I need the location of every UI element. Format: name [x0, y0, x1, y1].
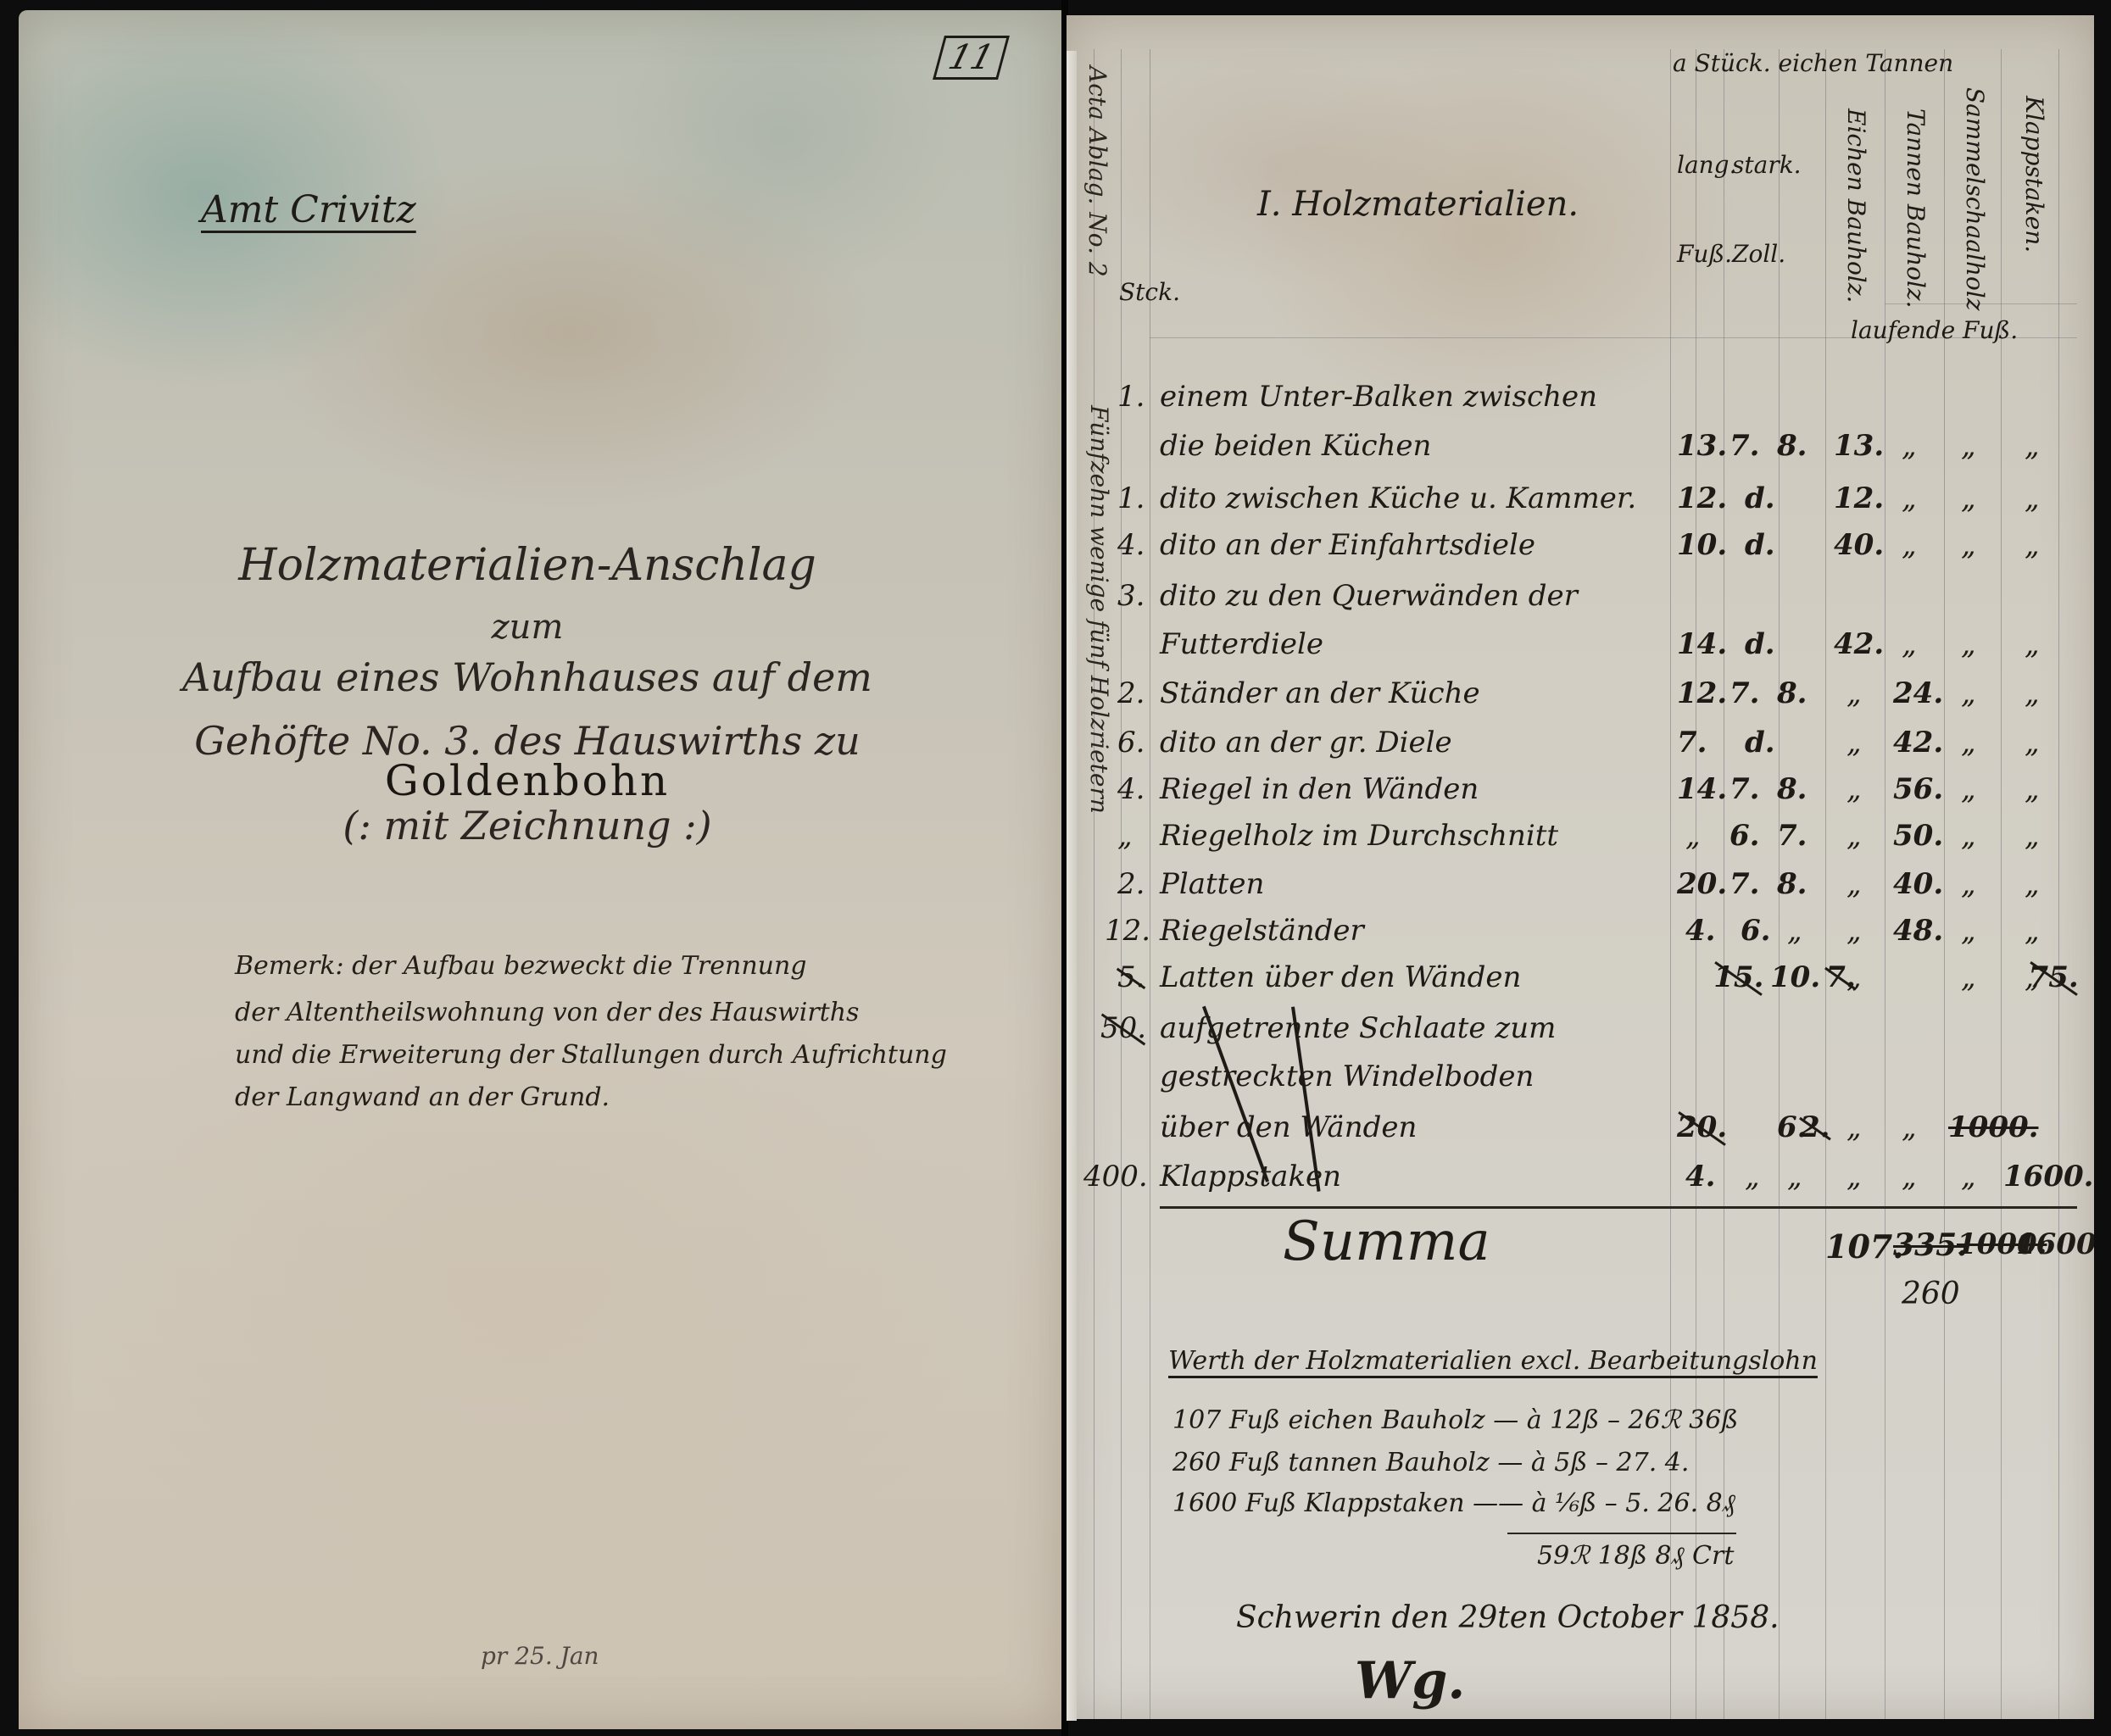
row-description: dito zwischen Küche u. Kammer.: [1160, 481, 1636, 515]
row-rafter: „: [2025, 627, 2040, 661]
valuation-dash: —: [1497, 1448, 1531, 1477]
row-thickness-a: 7.: [1729, 772, 1760, 806]
row-length: 4.: [1685, 914, 1716, 948]
row-description: Latten über den Wänden: [1160, 960, 1521, 994]
row-oak: 13.: [1834, 429, 1884, 463]
heading-place: Goldenbohn: [103, 756, 951, 805]
valuation-qty: 107: [1172, 1405, 1221, 1435]
row-fir: 42.: [1893, 726, 1943, 759]
row-length: 12.: [1677, 481, 1727, 515]
table-row: 2. Ständer an der Küche 12. 7. 8. „ 24. …: [1067, 676, 2094, 719]
table-row: 12. Riegelständer 4. 6. „ „ 48. „ „: [1067, 914, 2094, 956]
row-thickness-b: 8.: [1777, 867, 1807, 901]
total-rule: [1160, 1206, 2077, 1209]
row-oak: „: [1846, 1160, 1862, 1193]
row-rafter: „: [2025, 726, 2040, 759]
valuation-line: 107 Fuß eichen Bauholz — à 12ß – 26ℛ 36ß: [1172, 1405, 1738, 1435]
valuation-rate: à 12ß: [1527, 1405, 1600, 1435]
row-rafter: „: [2025, 429, 2040, 463]
row-description: Riegelständer: [1160, 914, 1364, 948]
row-thickness-a: d.: [1745, 726, 1775, 759]
row-plank: „: [1961, 676, 1976, 710]
valuation-amount: 5. 26. 8₰: [1625, 1488, 1735, 1518]
margin-note-top: Acta Ablag. No. 2: [1083, 66, 1111, 277]
row-length: 7.: [1677, 726, 1707, 759]
row-description: dito an der gr. Diele: [1160, 726, 1452, 759]
row-length: 15.: [1713, 960, 1763, 994]
row-fir: „: [1902, 481, 1917, 515]
valuation-desc: Fuß eichen Bauholz: [1229, 1405, 1485, 1435]
note-line-2: der Altentheilswohnung von der des Hausw…: [235, 998, 859, 1027]
table-row: 2. Platten 20. 7. 8. „ 40. „ „: [1067, 867, 2094, 910]
row-plank: 1000.: [1948, 1110, 2038, 1144]
row-thickness-a: 6.: [1729, 819, 1760, 853]
row-description: aufgetrennte Schlaate zum: [1160, 1011, 1556, 1045]
row-description: dito an der Einfahrtsdiele: [1160, 528, 1535, 562]
row-oak: „: [1846, 914, 1862, 948]
row-plank: „: [1961, 960, 1976, 994]
column-header-fir-bauholz: Tannen Bauholz.: [1902, 108, 1930, 309]
row-description: über den Wänden: [1160, 1110, 1417, 1144]
row-thickness-a: 7.: [1729, 429, 1760, 463]
summa-rafter: 1600.: [2016, 1227, 2094, 1261]
column-header-plank-wood: Sammelschaalholz: [1961, 87, 1989, 311]
row-description: Futterdiele: [1160, 627, 1323, 661]
table-row: 1. einem Unter-Balken zwischen: [1067, 380, 2094, 422]
row-length: 13.: [1677, 429, 1727, 463]
row-thickness-a: 7.: [1729, 867, 1760, 901]
row-description: gestreckten Windelboden: [1160, 1060, 1534, 1093]
row-length: 14.: [1677, 772, 1727, 806]
table-row: 400. Klappstaken 4. „ „ „ „ „ 1600.: [1067, 1160, 2094, 1202]
table-row-continued: Futterdiele 14. d. 42. „ „ „: [1067, 627, 2094, 670]
row-fir: „: [1902, 528, 1917, 562]
valuation-dash: —: [1493, 1405, 1527, 1435]
valuation-qty: 1600: [1172, 1488, 1237, 1518]
left-page: 11 Amt Crivitz Holzmaterialien-Anschlag …: [19, 10, 1061, 1729]
row-thickness-b: 6.: [1777, 1110, 1807, 1144]
row-length: „: [1685, 819, 1701, 853]
valuation-qty: 260: [1172, 1448, 1221, 1477]
row-count: 4.: [1117, 772, 1145, 806]
row-rafter: „: [2025, 867, 2040, 901]
valuation-dash: –: [1605, 1488, 1626, 1518]
row-thickness-b: „: [1787, 1160, 1802, 1193]
row-count: 400.: [1083, 1160, 1148, 1193]
row-length: 10.: [1677, 528, 1727, 562]
valuation-rate: à 5ß: [1531, 1448, 1588, 1477]
row-thickness-a: d.: [1745, 528, 1775, 562]
valuation-rate: à ⅙ß: [1532, 1488, 1597, 1518]
row-oak: 42.: [1834, 627, 1884, 661]
row-oak: 12.: [1834, 481, 1884, 515]
row-fir: 50.: [1893, 819, 1943, 853]
row-count: 50.: [1100, 1011, 1146, 1045]
row-thickness-a: d.: [1745, 481, 1775, 515]
row-thickness-a: 7.: [1729, 676, 1760, 710]
column-header-rafters: Klappstaken.: [2020, 96, 2048, 253]
row-thickness-b: „: [1787, 914, 1802, 948]
row-description: Riegel in den Wänden: [1160, 772, 1479, 806]
row-rafter: „: [2025, 914, 2040, 948]
right-page: Acta Ablag. No. 2 Fünfzehn wenige fünf H…: [1067, 15, 2094, 1719]
table-row: 1. dito zwischen Küche u. Kammer. 12. d.…: [1067, 481, 2094, 524]
row-count: 5.: [1117, 960, 1145, 994]
column-header-length: lang.: [1677, 151, 1737, 179]
column-header-length-unit: Fuß.: [1677, 240, 1732, 268]
row-description: einem Unter-Balken zwischen: [1160, 380, 1597, 414]
bottom-mark: pr 25. Jan: [481, 1642, 599, 1670]
valuation-line: 1600 Fuß Klappstaken —— à ⅙ß – 5. 26. 8₰: [1172, 1488, 1735, 1518]
heading-line-2: zum: [103, 608, 951, 647]
summa-oak: 107.: [1825, 1227, 1904, 1266]
row-thickness-b: 8.: [1777, 676, 1807, 710]
row-fir: „: [1902, 429, 1917, 463]
row-oak: „: [1846, 1110, 1862, 1144]
table-row-struck: 5. Latten über den Wänden 15. 7. 10. „ 7…: [1067, 960, 2094, 1003]
office-title: Amt Crivitz: [201, 188, 416, 231]
row-rafter: „: [2025, 819, 2040, 853]
row-thickness-a: d.: [1745, 627, 1775, 661]
valuation-dash: –: [1596, 1448, 1617, 1477]
row-count: 1.: [1117, 481, 1145, 515]
row-description: Riegelholz im Durchschnitt: [1160, 819, 1558, 853]
table-row: 4. dito an der Einfahrtsdiele 10. d. 40.…: [1067, 528, 2094, 570]
table-row: 3. dito zu den Querwänden der: [1067, 579, 2094, 621]
row-fir: „: [1902, 1110, 1917, 1144]
valuation-desc: Fuß Klappstaken: [1245, 1488, 1465, 1518]
row-fir: 56.: [1893, 772, 1943, 806]
column-header-running-feet: laufende Fuß.: [1851, 316, 2018, 344]
table-row: 6. dito an der gr. Diele 7. d. „ 42. „ „: [1067, 726, 2094, 768]
table-row-continued: über den Wänden 20. 2. 6. „ „ 1000.: [1067, 1110, 2094, 1153]
column-header-thickness: stark.: [1732, 151, 1802, 179]
row-fir: „: [1902, 627, 1917, 661]
row-fir: 48.: [1893, 914, 1943, 948]
row-length: 12.: [1677, 676, 1727, 710]
row-description: Ständer an der Küche: [1160, 676, 1480, 710]
column-header-count: Stck.: [1119, 278, 1180, 306]
row-count: „: [1117, 819, 1133, 853]
row-rafter: „: [2025, 960, 2040, 994]
valuation-amount: 26ℛ 36ß: [1628, 1405, 1738, 1435]
row-oak: „: [1846, 819, 1862, 853]
row-rafter: 1600.: [2003, 1160, 2093, 1193]
valuation-dash: ——: [1473, 1488, 1532, 1518]
row-rafter: „: [2025, 481, 2040, 515]
row-count: 2.: [1117, 867, 1145, 901]
row-thickness-b: 8.: [1777, 429, 1807, 463]
table-row: „ Riegelholz im Durchschnitt „ 6. 7. „ 5…: [1067, 819, 2094, 861]
date-line: Schwerin den 29ten October 1858.: [1236, 1600, 1780, 1635]
row-rafter: „: [2025, 528, 2040, 562]
row-thickness-a: 6.: [1741, 914, 1771, 948]
row-plank: „: [1961, 429, 1976, 463]
row-thickness-b: 10.: [1770, 960, 1820, 994]
summa-fir-corrected: 260: [1902, 1277, 1960, 1311]
table-row-continued: die beiden Küchen 13. 7. 8. 13. „ „ „: [1067, 429, 2094, 471]
row-description: Platten: [1160, 867, 1264, 901]
row-rafter: „: [2025, 676, 2040, 710]
row-fir: 24.: [1893, 676, 1943, 710]
page-fold: [1067, 51, 1077, 1721]
row-oak: „: [1846, 676, 1862, 710]
valuation-dash: –: [1607, 1405, 1629, 1435]
row-plank: „: [1961, 726, 1976, 759]
row-plank: „: [1961, 528, 1976, 562]
valuation-rule: [1507, 1533, 1736, 1534]
row-oak: „: [1846, 867, 1862, 901]
summa-label: Summa: [1283, 1210, 1490, 1273]
valuation-title: Werth der Holzmaterialien excl. Bearbeit…: [1168, 1346, 1818, 1376]
row-fir: „: [1902, 1160, 1917, 1193]
row-thickness-b: 7.: [1777, 819, 1807, 853]
row-length: 14.: [1677, 627, 1727, 661]
table-row-continued: gestreckten Windelboden: [1067, 1060, 2094, 1102]
valuation-total: 59ℛ 18ß 8₰ Crt: [1537, 1541, 1734, 1571]
row-rafter: „: [2025, 772, 2040, 806]
row-oak: „: [1846, 960, 1862, 994]
row-oak: „: [1846, 772, 1862, 806]
row-description: dito zu den Querwänden der: [1160, 579, 1578, 613]
row-length: 4.: [1685, 1160, 1716, 1193]
valuation-line: 260 Fuß tannen Bauholz — à 5ß – 27. 4.: [1172, 1448, 1689, 1477]
row-count: 3.: [1117, 579, 1145, 613]
valuation-amount: 27. 4.: [1617, 1448, 1690, 1477]
row-plank: „: [1961, 819, 1976, 853]
row-length: 20.: [1677, 867, 1727, 901]
row-count: 12.: [1105, 914, 1150, 948]
row-plank: „: [1961, 914, 1976, 948]
signature: Wg.: [1355, 1651, 1465, 1711]
row-thickness-a: „: [1745, 1160, 1760, 1193]
row-oak: 40.: [1834, 528, 1884, 562]
column-header-oak-bauholz: Eichen Bauholz.: [1842, 108, 1870, 303]
row-count: 2.: [1117, 676, 1145, 710]
column-header-thickness-unit: Zoll.: [1732, 240, 1785, 268]
heading-line-3: Aufbau eines Wohnhauses auf dem: [103, 654, 951, 700]
note-line-1: Bemerk: der Aufbau bezweckt die Trennung: [235, 951, 807, 981]
row-count: 4.: [1117, 528, 1145, 562]
row-plank: „: [1961, 867, 1976, 901]
row-plank: „: [1961, 627, 1976, 661]
row-description: die beiden Küchen: [1160, 429, 1431, 463]
row-description: Klappstaken: [1160, 1160, 1341, 1193]
note-line-4: der Langwand an der Grund.: [235, 1082, 610, 1112]
table-row: 4. Riegel in den Wänden 14. 7. 8. „ 56. …: [1067, 772, 2094, 815]
row-thickness-b: 8.: [1777, 772, 1807, 806]
row-count: 1.: [1117, 380, 1145, 414]
valuation-desc: Fuß tannen Bauholz: [1229, 1448, 1490, 1477]
heading-line-6: (: mit Zeichnung :): [103, 803, 951, 849]
folio-number: 11: [933, 36, 1010, 80]
row-plank: „: [1961, 1160, 1976, 1193]
heading-line-1: Holzmaterialien-Anschlag: [103, 540, 951, 591]
column-group-header: a Stück. eichen Tannen: [1673, 49, 1953, 77]
row-oak: „: [1846, 726, 1862, 759]
column-header-description: I. Holzmaterialien.: [1257, 185, 1579, 224]
row-count: 6.: [1117, 726, 1145, 759]
row-fir: 40.: [1893, 867, 1943, 901]
row-plank: „: [1961, 481, 1976, 515]
row-plank: „: [1961, 772, 1976, 806]
note-line-3: und die Erweiterung der Stallungen durch…: [235, 1040, 947, 1070]
row-length: 20.: [1677, 1110, 1727, 1144]
